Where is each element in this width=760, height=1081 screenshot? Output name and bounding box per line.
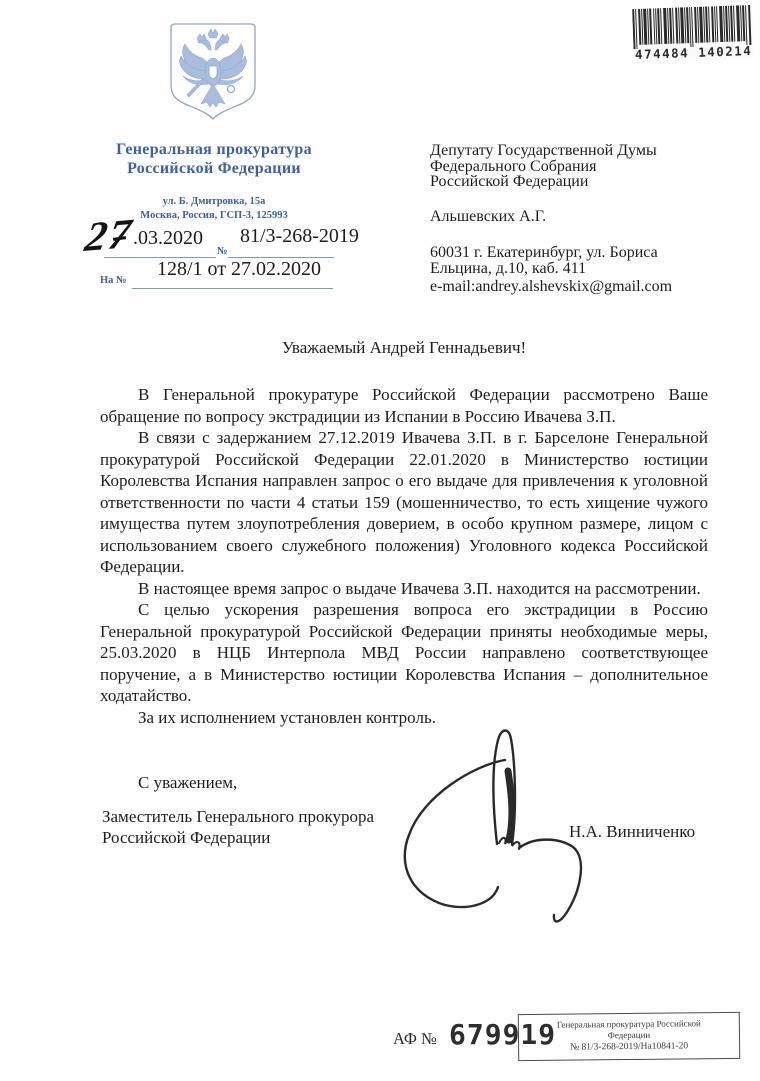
- org-name-line1: Генеральная прокуратура: [96, 140, 332, 159]
- recipient-line2: Федерального Собрания: [430, 159, 730, 175]
- reply-reference: 128/1 от 27.02.2020: [157, 258, 321, 281]
- handwritten-day: 27: [82, 210, 137, 262]
- recipient-address-line1: 60031 г. Екатеринбург, ул. Бориса: [430, 245, 730, 261]
- signer-title-line2: Российской Федерации: [102, 827, 374, 848]
- org-name-line2: Российской Федерации: [96, 159, 332, 178]
- registration-label: АФ №: [393, 1029, 437, 1049]
- coat-of-arms: [167, 22, 259, 122]
- letter-body: В Генеральной прокуратуре Российской Фед…: [100, 384, 708, 728]
- salutation: Уважаемый Андрей Геннадьевич!: [100, 338, 708, 358]
- registration-number: 679919: [449, 1018, 556, 1051]
- signer-title-line1: Заместитель Генерального прокурора: [102, 806, 374, 827]
- recipient-spacer: [430, 190, 730, 209]
- signer-name: Н.А. Винниченко: [569, 822, 695, 842]
- recipient-block: Депутату Государственной Думы Федерально…: [430, 143, 730, 295]
- coat-of-arms-icon: [167, 22, 259, 122]
- date-month-year: .03.2020: [133, 227, 203, 250]
- barcode-bars: [632, 5, 753, 49]
- number-label: №: [217, 246, 228, 257]
- recipient-name: Альшевских А.Г.: [430, 209, 730, 225]
- closing-phrase: С уважением,: [138, 773, 237, 793]
- document-page: 474484 140214: [0, 0, 760, 1081]
- reply-label: На №: [100, 275, 127, 286]
- barcode: 474484 140214: [632, 5, 754, 62]
- outgoing-number: 81/3-268-2019: [240, 225, 359, 248]
- paragraph-2: В связи с задержанием 27.12.2019 Ивачева…: [100, 427, 708, 578]
- paragraph-4: С целью ускорения разрешения вопроса его…: [100, 599, 708, 707]
- signer-title: Заместитель Генерального прокурора Росси…: [102, 806, 374, 848]
- reply-underline: [132, 288, 333, 289]
- org-address-line1: ул. Б. Дмитровка, 15а: [96, 195, 332, 209]
- letterhead-spacer: [96, 178, 332, 195]
- recipient-line1: Депутату Государственной Думы: [430, 143, 730, 159]
- recipient-email: e-mail:andrey.alshevskix@gmail.com: [430, 279, 730, 295]
- recipient-address-line2: Ельцина, д.10, каб. 411: [430, 261, 730, 277]
- recipient-line3: Российской Федерации: [430, 174, 730, 190]
- barcode-number: 474484 140214: [633, 43, 753, 62]
- paragraph-3: В настоящее время запрос о выдаче Ивачев…: [100, 578, 708, 600]
- recipient-spacer: [430, 224, 730, 245]
- paragraph-1: В Генеральной прокуратуре Российской Фед…: [100, 384, 708, 427]
